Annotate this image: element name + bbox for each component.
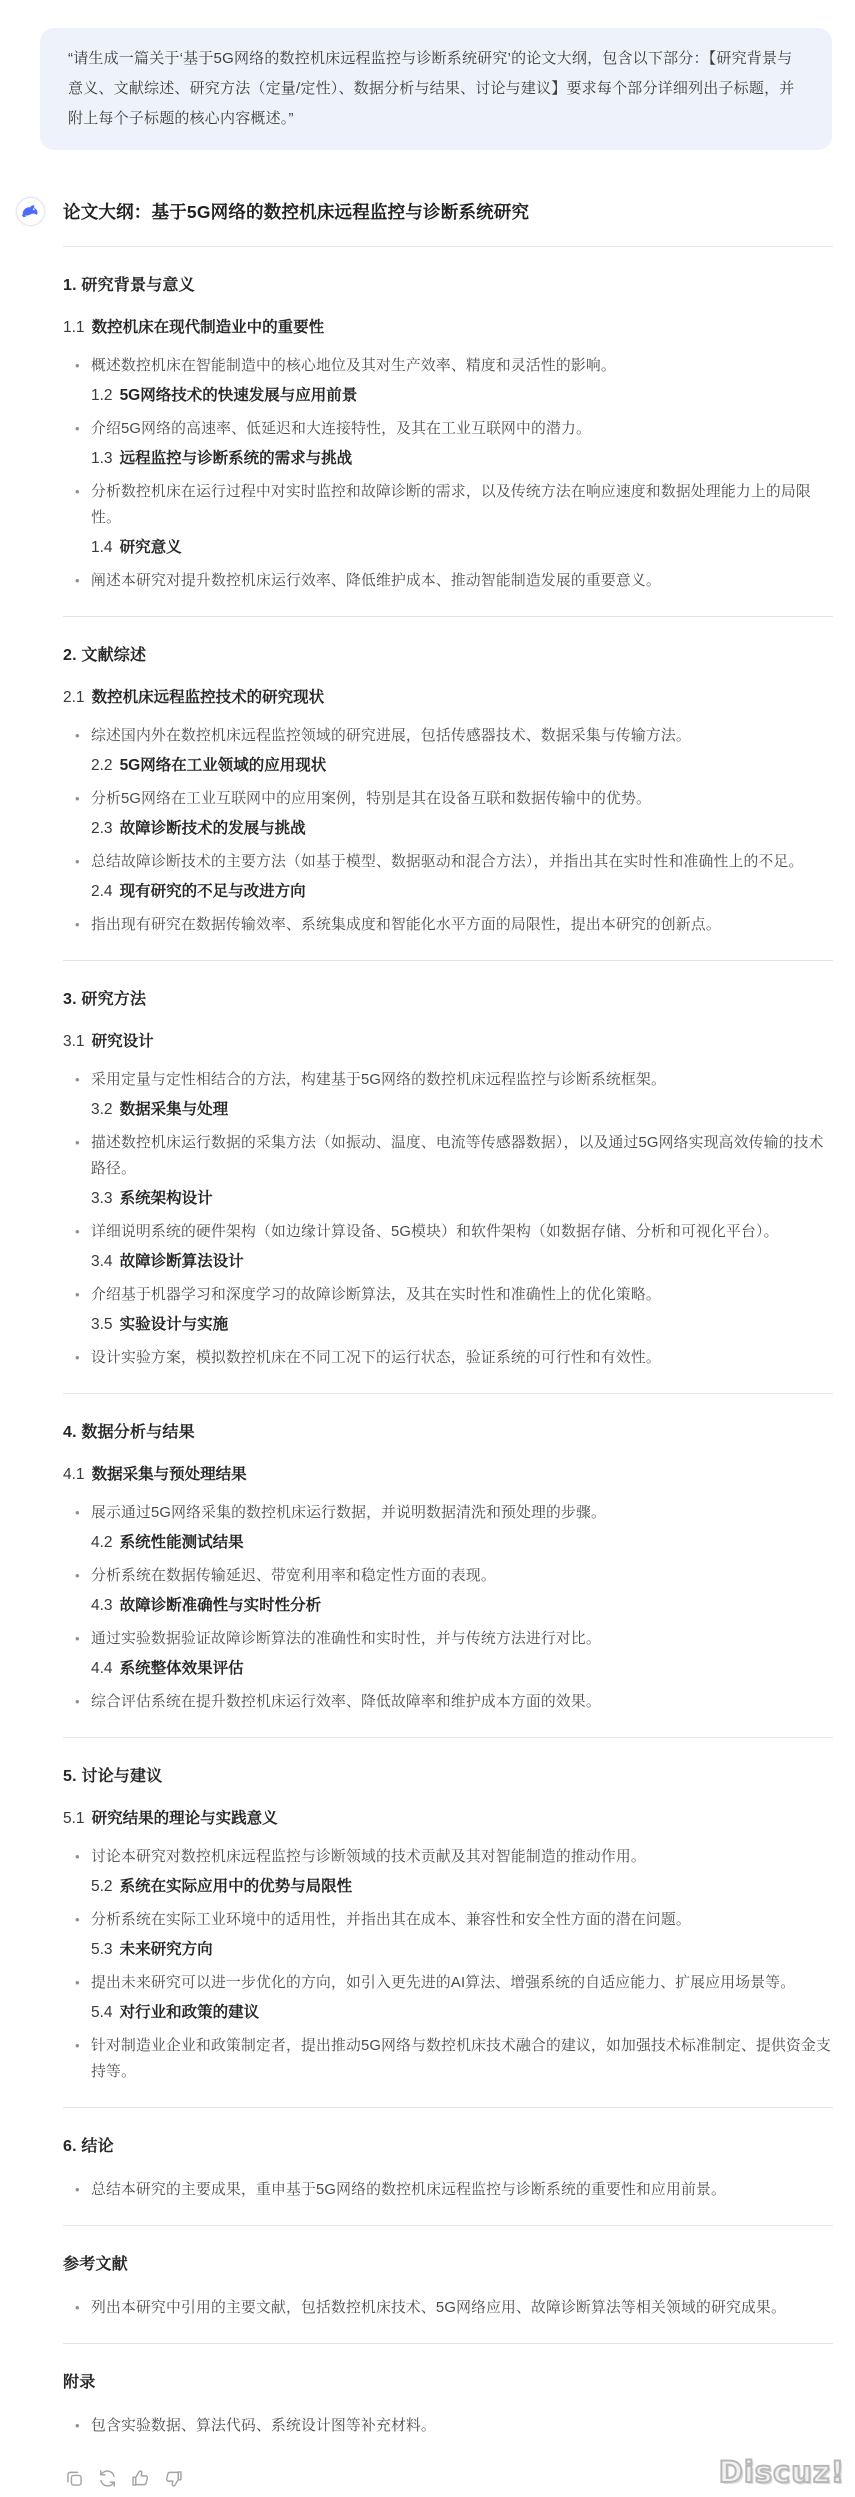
inline-subsection-heading: 4.4系统整体效果评估 — [91, 1657, 833, 1680]
bullet-text: 概述数控机床在智能制造中的核心地位及其对生产效率、精度和灵活性的影响。 — [91, 358, 616, 374]
subsection-number: 2.1 — [63, 689, 85, 706]
subsection-title: 系统整体效果评估 — [120, 1660, 244, 1677]
inline-subsection-heading: 2.25G网络在工业领域的应用现状 — [91, 754, 833, 777]
subsection-title: 远程监控与诊断系统的需求与挑战 — [120, 450, 353, 467]
inline-subsection-heading: 3.5实验设计与实施 — [91, 1313, 833, 1336]
bullet-item: •采用定量与定性相结合的方法，构建基于5G网络的数控机床远程监控与诊断系统框架。 — [63, 1067, 833, 1093]
section-heading: 6. 结论 — [63, 2135, 833, 2159]
thumbs-down-icon — [163, 2468, 184, 2489]
inline-subsection-heading: 1.4研究意义 — [91, 536, 833, 559]
subsection-number: 2.4 — [91, 883, 113, 900]
whale-logo-icon — [20, 201, 41, 222]
bullet-text: 讨论本研究对数控机床远程监控与诊断领域的技术贡献及其对智能制造的推动作用。 — [91, 1849, 646, 1865]
section-heading: 5. 讨论与建议 — [63, 1765, 833, 1789]
bullet-item: •概述数控机床在智能制造中的核心地位及其对生产效率、精度和灵活性的影响。 — [63, 353, 833, 379]
bullet-dot: • — [75, 1219, 80, 1245]
bullet-text: 针对制造业企业和政策制定者，提出推动5G网络与数控机床技术融合的建议，如加强技术… — [91, 2038, 831, 2080]
subsection-heading: 5.1研究结果的理论与实践意义 — [63, 1807, 833, 1830]
inline-subsection-heading: 1.25G网络技术的快速发展与应用前景 — [91, 384, 833, 407]
section-heading: 4. 数据分析与结果 — [63, 1421, 833, 1445]
subsection-title: 故障诊断技术的发展与挑战 — [120, 820, 306, 837]
bullet-item: •针对制造业企业和政策制定者，提出推动5G网络与数控机床技术融合的建议，如加强技… — [63, 2033, 833, 2085]
bullet-dot: • — [75, 1844, 80, 1870]
section-divider — [63, 2343, 833, 2344]
subsection-title: 对行业和政策的建议 — [120, 2004, 260, 2021]
bullet-text: 展示通过5G网络采集的数控机床运行数据，并说明数据清洗和预处理的步骤。 — [91, 1505, 606, 1521]
bullet-item: •总结本研究的主要成果，重申基于5G网络的数控机床远程监控与诊断系统的重要性和应… — [63, 2177, 833, 2203]
bullet-item: •展示通过5G网络采集的数控机床运行数据，并说明数据清洗和预处理的步骤。 — [63, 1500, 833, 1526]
bullet-dot: • — [75, 1282, 80, 1308]
subsection-number: 2.3 — [91, 820, 113, 837]
section-divider — [63, 616, 833, 617]
section-heading: 2. 文献综述 — [63, 644, 833, 668]
outline-content: 1. 研究背景与意义1.1数控机床在现代制造业中的重要性•概述数控机床在智能制造… — [0, 246, 855, 2439]
bullet-item: •综合评估系统在提升数控机床运行效率、降低故障率和维护成本方面的效果。 — [63, 1689, 833, 1715]
subsection-title: 系统在实际应用中的优势与局限性 — [120, 1878, 353, 1895]
bullet-dot: • — [75, 786, 80, 812]
subsection-title: 故障诊断准确性与实时性分析 — [120, 1597, 322, 1614]
section-divider — [63, 960, 833, 961]
inline-subsection-heading: 4.3故障诊断准确性与实时性分析 — [91, 1594, 833, 1617]
subsection-number: 2.2 — [91, 757, 113, 774]
bullet-dot: • — [75, 849, 80, 875]
bullet-text: 描述数控机床运行数据的采集方法（如振动、温度、电流等传感器数据），以及通过5G网… — [91, 1135, 824, 1177]
bullet-item: •指出现有研究在数据传输效率、系统集成度和智能化水平方面的局限性，提出本研究的创… — [63, 912, 833, 938]
subsection-title: 未来研究方向 — [120, 1941, 213, 1958]
bullet-item: •描述数控机床运行数据的采集方法（如振动、温度、电流等传感器数据），以及通过5G… — [63, 1130, 833, 1182]
section-heading: 1. 研究背景与意义 — [63, 274, 833, 298]
inline-subsection-heading: 4.2系统性能测试结果 — [91, 1531, 833, 1554]
bullet-dot: • — [75, 1345, 80, 1371]
subsection-number: 5.2 — [91, 1878, 113, 1895]
inline-subsection-heading: 1.3远程监控与诊断系统的需求与挑战 — [91, 447, 833, 470]
copy-icon — [64, 2468, 85, 2489]
bullet-text: 综述国内外在数控机床远程监控领域的研究进展，包括传感器技术、数据采集与传输方法。 — [91, 728, 691, 744]
bullet-item: •介绍5G网络的高速率、低延迟和大连接特性，及其在工业互联网中的潜力。 — [63, 416, 833, 442]
chat-page: “请生成一篇关于‘基于5G网络的数控机床远程监控与诊断系统研究’的论文大纲，包含… — [0, 0, 855, 2497]
inline-subsection-heading: 3.3系统架构设计 — [91, 1187, 833, 1210]
bullet-dot: • — [75, 1907, 80, 1933]
subsection-number: 5.4 — [91, 2004, 113, 2021]
bullet-text: 分析5G网络在工业互联网中的应用案例，特别是其在设备互联和数据传输中的优势。 — [91, 791, 651, 807]
subsection-title: 数据采集与处理 — [120, 1101, 229, 1118]
inline-subsection-heading: 5.3未来研究方向 — [91, 1938, 833, 1961]
user-message-bubble: “请生成一篇关于‘基于5G网络的数控机床远程监控与诊断系统研究’的论文大纲，包含… — [40, 28, 832, 150]
subsection-title: 系统性能测试结果 — [120, 1534, 244, 1551]
regenerate-button[interactable] — [96, 2467, 118, 2489]
bullet-item: •介绍基于机器学习和深度学习的故障诊断算法，及其在实时性和准确性上的优化策略。 — [63, 1282, 833, 1308]
subsection-heading: 3.1研究设计 — [63, 1030, 833, 1053]
subsection-heading: 1.1数控机床在现代制造业中的重要性 — [63, 316, 833, 339]
subsection-number: 5.3 — [91, 1941, 113, 1958]
bullet-item: •阐述本研究对提升数控机床运行效率、降低维护成本、推动智能制造发展的重要意义。 — [63, 568, 833, 594]
inline-subsection-heading: 3.2数据采集与处理 — [91, 1098, 833, 1121]
subsection-number: 4.4 — [91, 1660, 113, 1677]
subsection-number: 1.1 — [63, 319, 85, 336]
bullet-dot: • — [75, 1500, 80, 1526]
section-heading: 参考文献 — [63, 2253, 833, 2277]
subsection-number: 1.4 — [91, 539, 113, 556]
subsection-title: 研究设计 — [92, 1033, 154, 1050]
subsection-number: 3.1 — [63, 1033, 85, 1050]
bullet-dot: • — [75, 2413, 80, 2439]
bullet-dot: • — [75, 479, 80, 505]
bullet-dot: • — [75, 353, 80, 379]
subsection-title: 5G网络技术的快速发展与应用前景 — [120, 387, 358, 404]
bullet-text: 总结故障诊断技术的主要方法（如基于模型、数据驱动和混合方法），并指出其在实时性和… — [91, 854, 803, 870]
bullet-text: 介绍基于机器学习和深度学习的故障诊断算法，及其在实时性和准确性上的优化策略。 — [91, 1287, 661, 1303]
section-divider — [63, 1393, 833, 1394]
bullet-text: 分析数控机床在运行过程中对实时监控和故障诊断的需求，以及传统方法在响应速度和数据… — [91, 484, 811, 526]
bullet-dot: • — [75, 1970, 80, 1996]
subsection-number: 1.2 — [91, 387, 113, 404]
thumbs-up-button[interactable] — [129, 2467, 151, 2489]
subsection-number: 3.4 — [91, 1253, 113, 1270]
assistant-message: 论文大纲：基于5G网络的数控机床远程监控与诊断系统研究 1. 研究背景与意义1.… — [0, 200, 855, 2489]
thumbs-down-button[interactable] — [162, 2467, 184, 2489]
bullet-item: •详细说明系统的硬件架构（如边缘计算设备、5G模块）和软件架构（如数据存储、分析… — [63, 1219, 833, 1245]
bullet-text: 列出本研究中引用的主要文献，包括数控机床技术、5G网络应用、故障诊断算法等相关领… — [91, 2300, 786, 2316]
subsection-title: 现有研究的不足与改进方向 — [120, 883, 306, 900]
subsection-title: 研究结果的理论与实践意义 — [92, 1810, 278, 1827]
subsection-number: 3.3 — [91, 1190, 113, 1207]
message-footer: Discuz! — [0, 2455, 855, 2489]
bullet-item: •列出本研究中引用的主要文献，包括数控机床技术、5G网络应用、故障诊断算法等相关… — [63, 2295, 833, 2321]
user-message-row: “请生成一篇关于‘基于5G网络的数控机床远程监控与诊断系统研究’的论文大纲，包含… — [0, 28, 855, 150]
section-heading: 附录 — [63, 2371, 833, 2395]
answer-title: 论文大纲：基于5G网络的数控机床远程监控与诊断系统研究 — [63, 200, 833, 224]
subsection-title: 5G网络在工业领域的应用现状 — [120, 757, 327, 774]
section-divider — [63, 2107, 833, 2108]
bullet-dot: • — [75, 1689, 80, 1715]
user-message-text: “请生成一篇关于‘基于5G网络的数控机床远程监控与诊断系统研究’的论文大纲，包含… — [68, 50, 794, 127]
bullet-dot: • — [75, 1563, 80, 1589]
bullet-text: 介绍5G网络的高速率、低延迟和大连接特性，及其在工业互联网中的潜力。 — [91, 421, 591, 437]
bullet-dot: • — [75, 2295, 80, 2321]
subsection-heading: 4.1数据采集与预处理结果 — [63, 1463, 833, 1486]
subsection-title: 数控机床远程监控技术的研究现状 — [92, 689, 325, 706]
bullet-item: •包含实验数据、算法代码、系统设计图等补充材料。 — [63, 2413, 833, 2439]
bullet-dot: • — [75, 912, 80, 938]
bullet-item: •设计实验方案，模拟数控机床在不同工况下的运行状态，验证系统的可行性和有效性。 — [63, 1345, 833, 1371]
bullet-item: •分析数控机床在运行过程中对实时监控和故障诊断的需求，以及传统方法在响应速度和数… — [63, 479, 833, 531]
subsection-number: 3.2 — [91, 1101, 113, 1118]
bullet-item: •总结故障诊断技术的主要方法（如基于模型、数据驱动和混合方法），并指出其在实时性… — [63, 849, 833, 875]
bullet-dot: • — [75, 416, 80, 442]
subsection-number: 5.1 — [63, 1810, 85, 1827]
message-actions — [63, 2467, 184, 2489]
section-divider — [63, 1737, 833, 1738]
bullet-dot: • — [75, 1130, 80, 1156]
subsection-title: 研究意义 — [120, 539, 182, 556]
bullet-dot: • — [75, 568, 80, 594]
bullet-text: 设计实验方案，模拟数控机床在不同工况下的运行状态，验证系统的可行性和有效性。 — [91, 1350, 661, 1366]
section-divider — [63, 2225, 833, 2226]
inline-subsection-heading: 3.4故障诊断算法设计 — [91, 1250, 833, 1273]
bullet-dot: • — [75, 2177, 80, 2203]
subsection-heading: 2.1数控机床远程监控技术的研究现状 — [63, 686, 833, 709]
bullet-item: •分析系统在数据传输延迟、带宽利用率和稳定性方面的表现。 — [63, 1563, 833, 1589]
subsection-number: 1.3 — [91, 450, 113, 467]
subsection-number: 4.1 — [63, 1466, 85, 1483]
subsection-title: 数控机床在现代制造业中的重要性 — [92, 319, 325, 336]
bullet-text: 采用定量与定性相结合的方法，构建基于5G网络的数控机床远程监控与诊断系统框架。 — [91, 1072, 666, 1088]
subsection-title: 实验设计与实施 — [120, 1316, 229, 1333]
bullet-dot: • — [75, 1067, 80, 1093]
assistant-title-row: 论文大纲：基于5G网络的数控机床远程监控与诊断系统研究 — [0, 200, 855, 224]
discuz-watermark: Discuz! — [719, 2455, 845, 2489]
subsection-number: 4.2 — [91, 1534, 113, 1551]
bullet-text: 综合评估系统在提升数控机床运行效率、降低故障率和维护成本方面的效果。 — [91, 1694, 601, 1710]
subsection-number: 3.5 — [91, 1316, 113, 1333]
bullet-text: 阐述本研究对提升数控机床运行效率、降低维护成本、推动智能制造发展的重要意义。 — [91, 573, 661, 589]
bullet-dot: • — [75, 2033, 80, 2059]
bullet-item: •分析5G网络在工业互联网中的应用案例，特别是其在设备互联和数据传输中的优势。 — [63, 786, 833, 812]
bullet-text: 包含实验数据、算法代码、系统设计图等补充材料。 — [91, 2418, 436, 2434]
copy-button[interactable] — [63, 2467, 85, 2489]
bullet-item: •综述国内外在数控机床远程监控领域的研究进展，包括传感器技术、数据采集与传输方法… — [63, 723, 833, 749]
subsection-title: 故障诊断算法设计 — [120, 1253, 244, 1270]
bullet-text: 分析系统在数据传输延迟、带宽利用率和稳定性方面的表现。 — [91, 1568, 496, 1584]
bullet-dot: • — [75, 1626, 80, 1652]
bullet-item: •讨论本研究对数控机床远程监控与诊断领域的技术贡献及其对智能制造的推动作用。 — [63, 1844, 833, 1870]
bullet-text: 指出现有研究在数据传输效率、系统集成度和智能化水平方面的局限性，提出本研究的创新… — [91, 917, 721, 933]
bullet-item: •提出未来研究可以进一步优化的方向，如引入更先进的AI算法、增强系统的自适应能力… — [63, 1970, 833, 1996]
inline-subsection-heading: 2.4现有研究的不足与改进方向 — [91, 880, 833, 903]
thumbs-up-icon — [130, 2468, 151, 2489]
section-divider — [63, 246, 833, 247]
bullet-text: 提出未来研究可以进一步优化的方向，如引入更先进的AI算法、增强系统的自适应能力、… — [91, 1975, 795, 1991]
bullet-text: 总结本研究的主要成果，重申基于5G网络的数控机床远程监控与诊断系统的重要性和应用… — [91, 2182, 726, 2198]
refresh-icon — [97, 2468, 118, 2489]
inline-subsection-heading: 5.2系统在实际应用中的优势与局限性 — [91, 1875, 833, 1898]
bullet-item: •通过实验数据验证故障诊断算法的准确性和实时性，并与传统方法进行对比。 — [63, 1626, 833, 1652]
bullet-item: •分析系统在实际工业环境中的适用性，并指出其在成本、兼容性和安全性方面的潜在问题… — [63, 1907, 833, 1933]
bullet-dot: • — [75, 723, 80, 749]
bullet-text: 详细说明系统的硬件架构（如边缘计算设备、5G模块）和软件架构（如数据存储、分析和… — [91, 1224, 779, 1240]
bullet-text: 分析系统在实际工业环境中的适用性，并指出其在成本、兼容性和安全性方面的潜在问题。 — [91, 1912, 691, 1928]
bullet-text: 通过实验数据验证故障诊断算法的准确性和实时性，并与传统方法进行对比。 — [91, 1631, 601, 1647]
subsection-title: 系统架构设计 — [120, 1190, 213, 1207]
inline-subsection-heading: 2.3故障诊断技术的发展与挑战 — [91, 817, 833, 840]
subsection-number: 4.3 — [91, 1597, 113, 1614]
section-heading: 3. 研究方法 — [63, 988, 833, 1012]
subsection-title: 数据采集与预处理结果 — [92, 1466, 247, 1483]
inline-subsection-heading: 5.4对行业和政策的建议 — [91, 2001, 833, 2024]
assistant-avatar — [16, 197, 45, 226]
